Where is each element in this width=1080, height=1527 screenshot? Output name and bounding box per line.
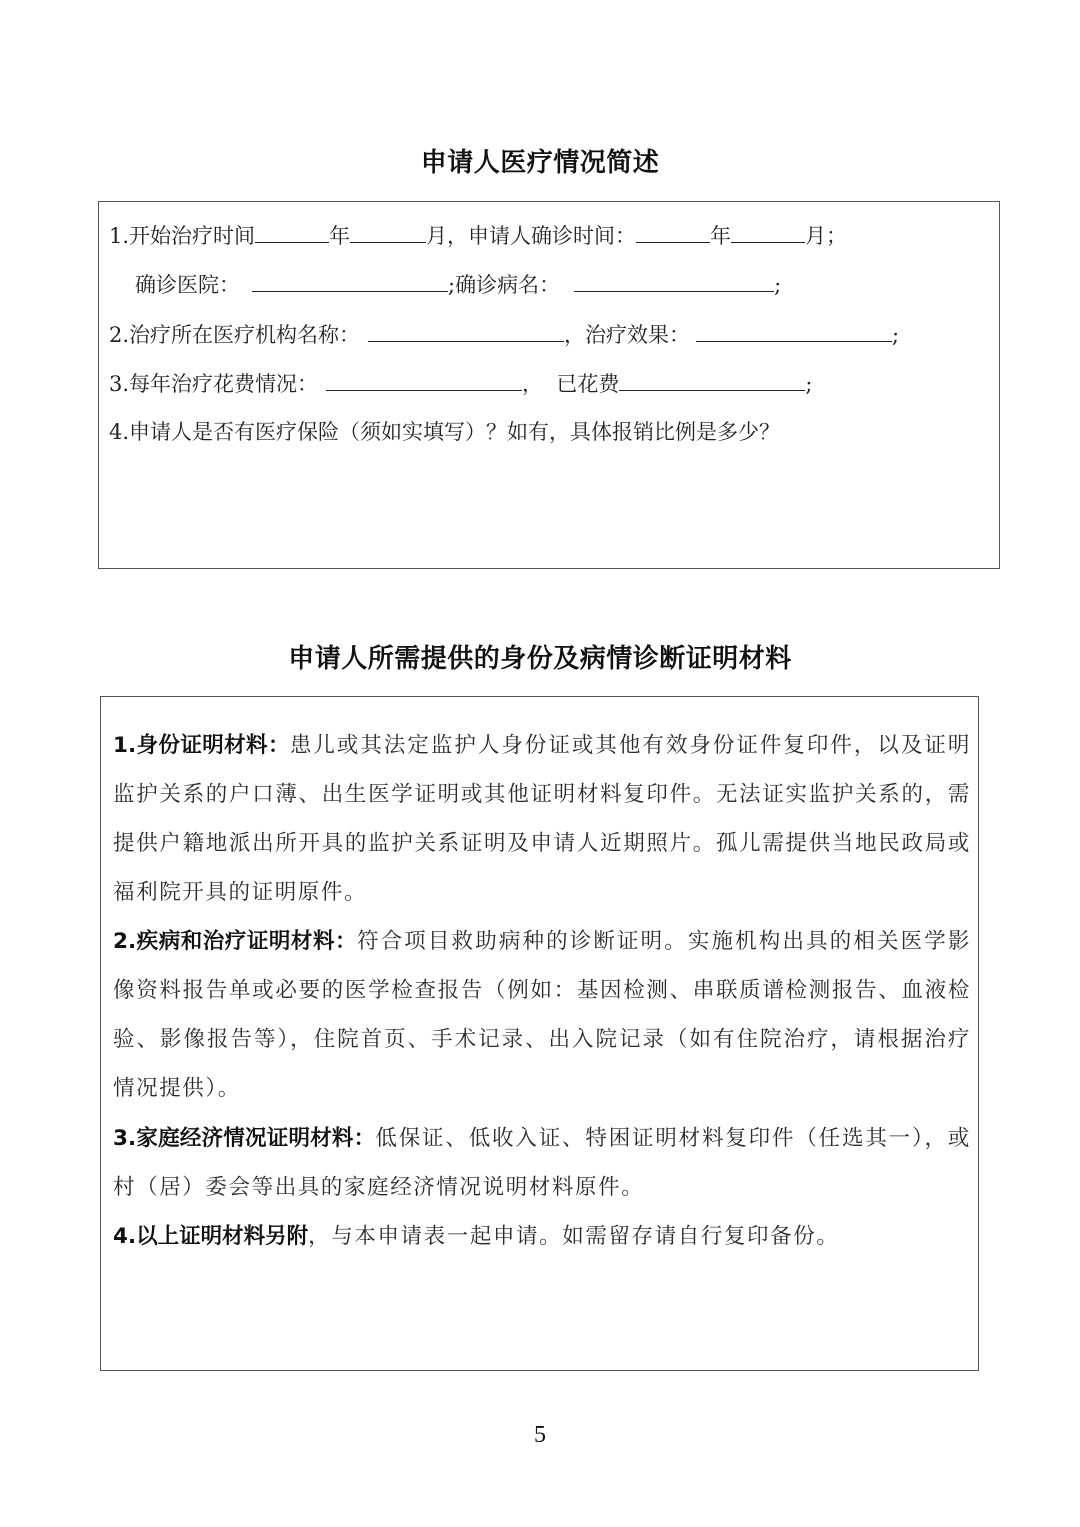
- question-2-line: 2.治疗所在医疗机构名称：，治疗效果：;: [109, 319, 899, 350]
- spent-field[interactable]: [619, 368, 805, 391]
- institution-name-label: 治疗所在医疗机构名称：: [129, 323, 360, 347]
- medical-summary-box: 1.开始治疗时间年月，申请人确诊时间：年月； 确诊医院：;确诊病名：; 2.治疗…: [98, 201, 1000, 569]
- question-4-line: 4.申请人是否有医疗保险（须如实填写）？如有，具体报销比例是多少？: [109, 417, 780, 447]
- insurance-question: 4.申请人是否有医疗保险（须如实填写）？如有，具体报销比例是多少？: [109, 420, 780, 444]
- materials-item-medical: 2.疾病和治疗证明材料：符合项目救助病种的诊断证明。实施机构出具的相关医学影像资…: [113, 917, 971, 1113]
- item-body: 患儿或其法定监护人身份证或其他有效身份证件复印件，以及证明监护关系的户口薄、出生…: [113, 733, 971, 905]
- materials-item-economic: 3.家庭经济情况证明材料：低保证、低收入证、特困证明材料复印件（任选其一），或村…: [113, 1114, 971, 1212]
- item-body: 符合项目救助病种的诊断证明。实施机构出具的相关医学影像资料报告单或必要的医学检查…: [113, 929, 971, 1101]
- annual-cost-field[interactable]: [326, 368, 522, 391]
- semicolon: ;: [892, 323, 899, 347]
- item-heading: 4.以上证明材料另附: [113, 1224, 308, 1249]
- treatment-start-month-field[interactable]: [350, 220, 426, 243]
- section-title-required-materials: 申请人所需提供的身份及病情诊断证明材料: [0, 638, 1080, 675]
- treatment-effect-field[interactable]: [696, 319, 892, 342]
- materials-item-identity: 1.身份证明材料：患儿或其法定监护人身份证或其他有效身份证件复印件，以及证明监护…: [113, 721, 971, 917]
- insurance-answer-area[interactable]: [109, 454, 989, 554]
- diagnosis-hospital-label: 确诊医院：: [135, 273, 240, 297]
- required-materials-box: 1.身份证明材料：患儿或其法定监护人身份证或其他有效身份证件复印件，以及证明监护…: [100, 696, 979, 1371]
- question-number: 3.: [109, 372, 129, 396]
- year-label: 年: [329, 224, 350, 248]
- item-heading: 1.身份证明材料：: [113, 733, 290, 758]
- materials-item-attachment-note: 4.以上证明材料另附，与本申请表一起申请。如需留存请自行复印备份。: [113, 1212, 971, 1261]
- treatment-start-year-field[interactable]: [255, 220, 329, 243]
- item-heading: 2.疾病和治疗证明材料：: [113, 929, 357, 954]
- item-body: ，与本申请表一起申请。如需留存请自行复印备份。: [308, 1224, 839, 1249]
- question-1-line: 1.开始治疗时间年月，申请人确诊时间：年月；: [109, 220, 847, 251]
- year-label: 年: [710, 224, 731, 248]
- treatment-effect-label: ，治疗效果：: [564, 323, 690, 347]
- disease-name-field[interactable]: [574, 269, 774, 292]
- semicolon: ;: [774, 273, 781, 297]
- diagnosis-month-field[interactable]: [731, 220, 805, 243]
- question-number: 2.: [109, 323, 129, 347]
- question-3-line: 3.每年治疗花费情况：， 已花费;: [109, 368, 812, 399]
- treatment-start-label: 开始治疗时间: [129, 224, 255, 248]
- page-number: 5: [0, 1422, 1080, 1449]
- diagnosis-year-field[interactable]: [636, 220, 710, 243]
- section-title-medical-summary: 申请人医疗情况简述: [0, 142, 1080, 179]
- item-heading: 3.家庭经济情况证明材料：: [113, 1126, 375, 1151]
- spent-label: ， 已花费: [522, 372, 619, 396]
- diagnosis-time-label: 月，申请人确诊时间：: [426, 224, 636, 248]
- disease-name-label: ;确诊病名：: [448, 273, 560, 297]
- institution-name-field[interactable]: [368, 319, 564, 342]
- question-number: 1.: [109, 224, 129, 248]
- diagnosis-hospital-field[interactable]: [252, 269, 448, 292]
- annual-cost-label: 每年治疗花费情况：: [129, 372, 318, 396]
- month-label: 月；: [805, 224, 847, 248]
- question-1-line-2: 确诊医院：;确诊病名：;: [135, 269, 781, 300]
- semicolon: ;: [805, 372, 812, 396]
